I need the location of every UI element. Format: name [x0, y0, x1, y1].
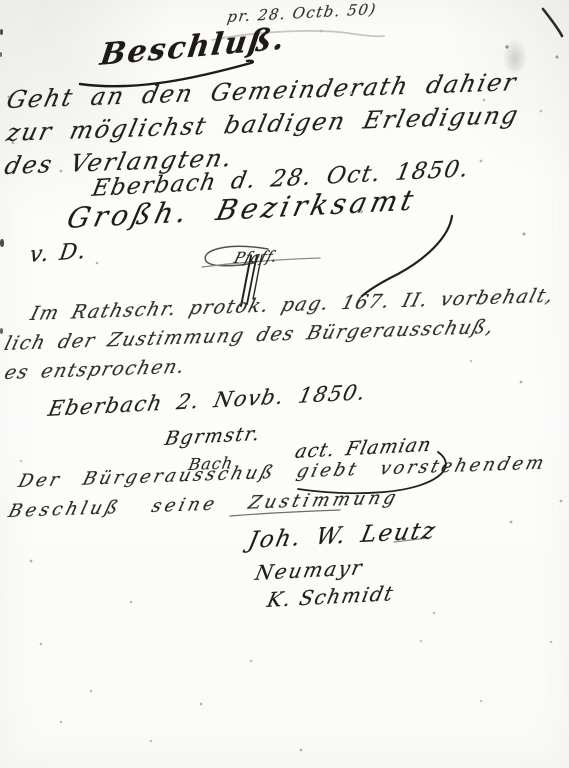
corner-pen-mark — [543, 9, 562, 36]
edge-ink-mark — [0, 328, 3, 334]
received-date-note: pr. 28. Octb. 50) — [226, 0, 378, 26]
document-heading: Beschluß. — [98, 21, 288, 73]
mayor-role-label: Bgrmstr. — [163, 423, 263, 450]
edge-ink-mark — [0, 29, 3, 35]
assent-note-line-2: Beschluß seine Zustimmung — [6, 487, 402, 522]
edge-ink-mark — [0, 239, 4, 247]
council-note-dateline: Eberbach 2. Novb. 1850. — [46, 380, 369, 421]
signature-schmidt: K. Schmidt — [265, 581, 397, 612]
bezirksamt-flourish — [362, 216, 452, 296]
scan-noise-specks — [0, 0, 2, 2]
signature-leutz: Joh. W. Leutz — [246, 518, 439, 554]
signature-neumayr: Neumayr — [253, 555, 366, 585]
council-note-line-3: es entsprochen. — [2, 355, 188, 384]
assent-note-line-1: Der Bürgerausschuß giebt vorstehendem — [16, 452, 549, 492]
scan-smudge — [503, 38, 527, 72]
clerk-initials: v. D. — [28, 239, 89, 268]
edge-ink-mark — [0, 52, 2, 57]
signature-pfaff: Pfaff. — [232, 247, 280, 267]
scanned-document-page: pr. 28. Octb. 50) Beschluß. Geht an den … — [0, 0, 569, 768]
